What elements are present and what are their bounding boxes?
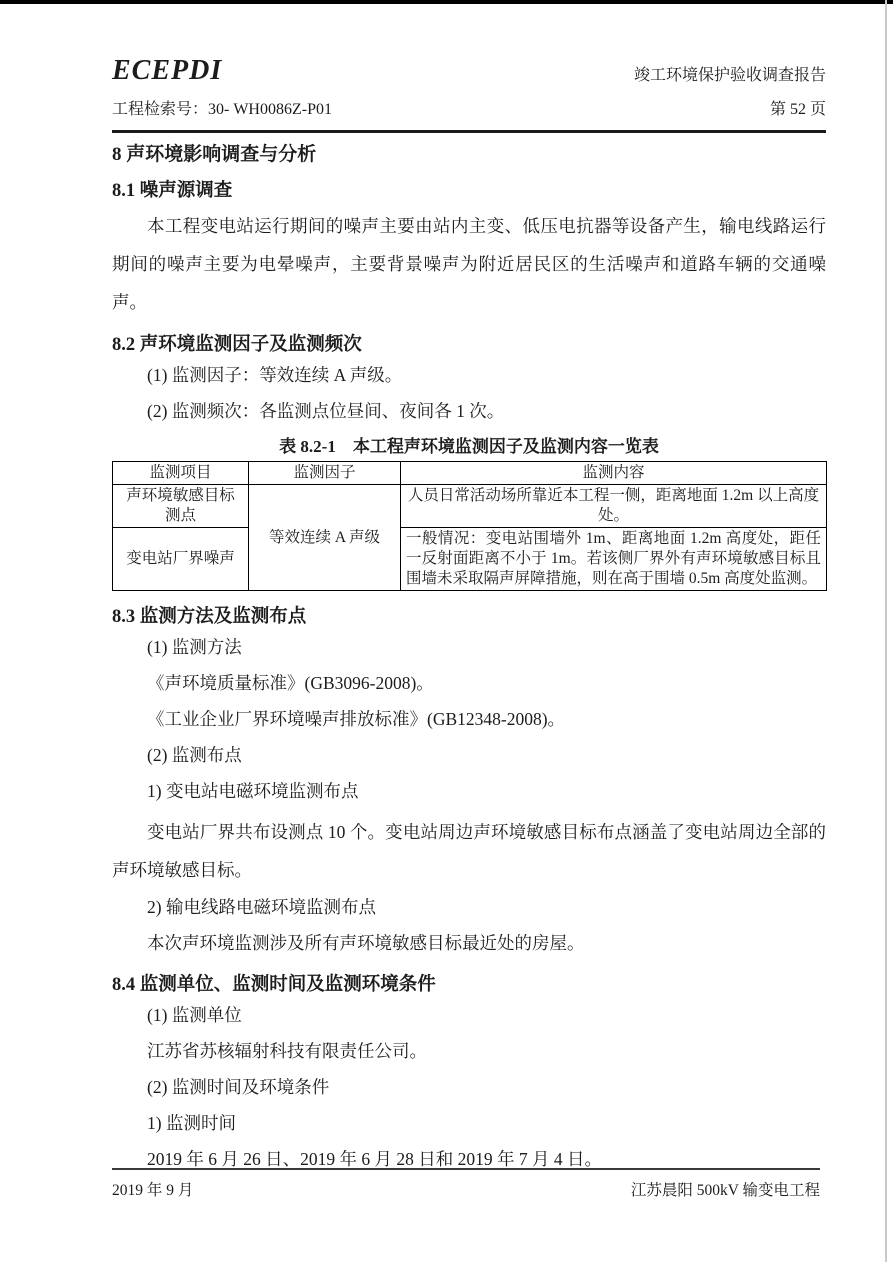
section-8-4-heading: 8.4 监测单位、监测时间及监测环境条件 [112,973,826,997]
table-cell-item: 变电站厂界噪声 [113,528,249,591]
section-8-2-heading: 8.2 声环境监测因子及监测频次 [112,333,826,357]
table-cell-content: 一般情况：变电站围墙外 1m、距离地面 1.2m 高度处，距任一反射面距离不小于… [401,528,827,591]
substation-layout-item: 1) 变电站电磁环境监测布点 [112,773,826,809]
line-layout-item: 2) 输电线路电磁环境监测布点 [112,889,826,925]
section-8-3-heading: 8.3 监测方法及监测布点 [112,605,826,629]
table-caption: 表 8.2-1 本工程声环境监测因子及监测内容一览表 [112,435,826,459]
method-item: (1) 监测方法 [112,629,826,665]
page-content: ECEPDI 竣工环境保护验收调查报告 工程检索号：30- WH0086Z-P0… [112,0,826,1177]
table-row: 变电站厂界噪声 一般情况：变电站围墙外 1m、距离地面 1.2m 高度处，距任一… [113,528,827,591]
monitoring-table: 监测项目 监测因子 监测内容 声环境敏感目标 测点 等效连续 A 声级 人员日常… [112,461,827,591]
line-layout-paragraph: 本次声环境监测涉及所有声环境敏感目标最近处的房屋。 [112,925,826,961]
substation-layout-paragraph: 变电站厂界共布设测点 10 个。变电站周边声环境敏感目标布点涵盖了变电站周边全部… [112,813,826,889]
footer-project-name: 江苏晨阳 500kV 输变电工程 [631,1181,820,1201]
section-8-1-heading: 8.1 噪声源调查 [112,179,826,203]
monitoring-factor-item: (1) 监测因子：等效连续 A 声级。 [112,357,826,393]
company-logo: ECEPDI [112,56,222,86]
table-header-factor: 监测因子 [249,462,401,485]
table-cell-content: 人员日常活动场所靠近本工程一侧，距离地面 1.2m 以上高度处。 [401,485,827,528]
table-cell-item: 声环境敏感目标 测点 [113,485,249,528]
page-header: ECEPDI 竣工环境保护验收调查报告 [112,56,826,86]
page-right-edge [885,0,887,1262]
report-title: 竣工环境保护验收调查报告 [634,66,826,86]
noise-source-paragraph: 本工程变电站运行期间的噪声主要由站内主变、低压电抗器等设备产生，输电线路运行期间… [112,207,826,321]
monitoring-time-item: (2) 监测时间及环境条件 [112,1069,826,1105]
project-index-number: 工程检索号：30- WH0086Z-P01 [112,100,332,120]
footer-date: 2019 年 9 月 [112,1181,193,1201]
monitoring-unit-item: (1) 监测单位 [112,997,826,1033]
standard-gb3096: 《声环境质量标准》(GB3096-2008)。 [112,665,826,701]
layout-item: (2) 监测布点 [112,737,826,773]
monitoring-frequency-item: (2) 监测频次：各监测点位昼间、夜间各 1 次。 [112,393,826,429]
table-header-item: 监测项目 [113,462,249,485]
chapter-heading: 8 声环境影响调查与分析 [112,143,826,167]
page-number: 第 52 页 [770,100,826,120]
page-footer: 2019 年 9 月 江苏晨阳 500kV 输变电工程 [112,1168,820,1201]
header-meta-row: 工程检索号：30- WH0086Z-P01 第 52 页 [112,100,826,133]
table-cell-factor: 等效连续 A 声级 [249,485,401,591]
table-header-row: 监测项目 监测因子 监测内容 [113,462,827,485]
standard-gb12348: 《工业企业厂界环境噪声排放标准》(GB12348-2008)。 [112,701,826,737]
document-page: ECEPDI 竣工环境保护验收调查报告 工程检索号：30- WH0086Z-P0… [0,0,893,1262]
table-row: 声环境敏感目标 测点 等效连续 A 声级 人员日常活动场所靠近本工程一侧，距离地… [113,485,827,528]
table-header-content: 监测内容 [401,462,827,485]
monitoring-time-subitem: 1) 监测时间 [112,1105,826,1141]
monitoring-unit-name: 江苏省苏核辐射科技有限责任公司。 [112,1033,826,1069]
